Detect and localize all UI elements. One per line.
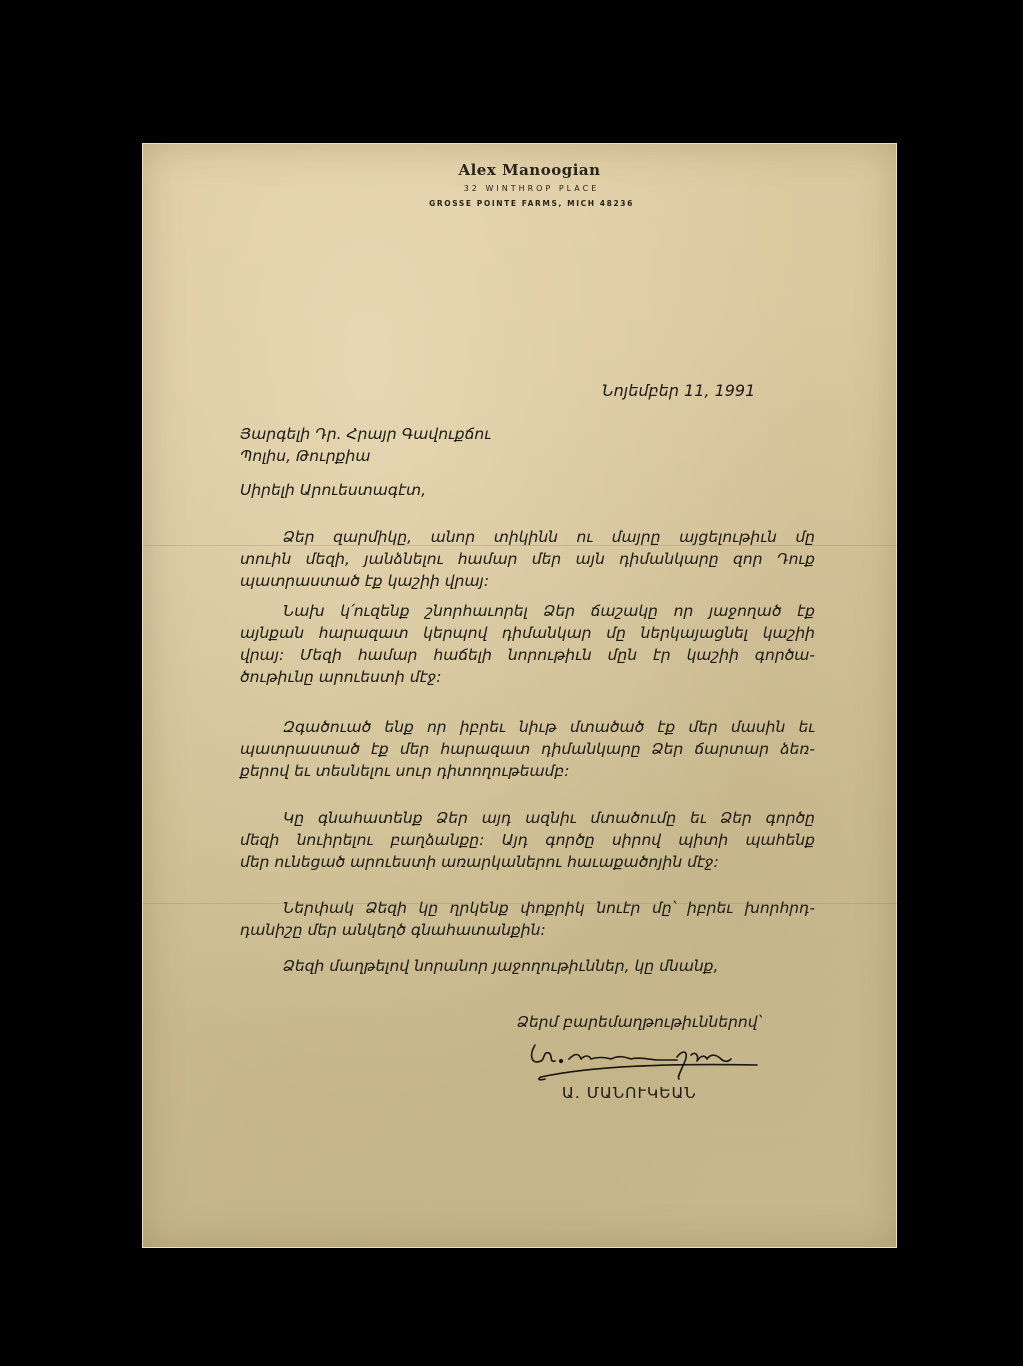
closing-line: Ձեզի մաղթելով նորանոր յաջողութիւններ, կը… [283,955,718,977]
salutation: Սիրելի Արուեստագէտ, [240,479,426,501]
paragraph-line: վրայ: Մեզի համար հաճելի նորութիւն մըն էր… [240,644,815,666]
paragraph-2: Նախ կ՛ուզենք շնորհաւորել Ձեր ճաշակը որ յ… [240,600,815,688]
paragraph-5: Ներփակ Ձեզի կը ղրկենք փոքրիկ նուէր մը՝ ի… [240,897,815,941]
paragraph-line: ծութիւնը արուեստի մէջ: [240,666,815,688]
paragraph-3: Զգածուած ենք որ իբրեւ նիւթ մտածած էք մեր… [240,716,815,782]
paragraph-line: Կը գնահատենք Ձեր այդ ազնիւ մտածումը եւ Ձ… [240,807,815,829]
paragraph-line: Զգածուած ենք որ իբրեւ նիւթ մտածած էք մեր… [240,716,815,738]
paragraph-line: պատրաստած էք մեր հարազատ դիմանկարը Ձեր ճ… [240,738,815,760]
paragraph-line: Ներփակ Ձեզի կը ղրկենք փոքրիկ նուէր մը՝ ի… [240,897,815,919]
paragraph-line: այնքան հարազատ կերպով դիմանկար մը ներկայ… [240,622,815,644]
paragraph-line: պատրաստած էք կաշիի վրայ: [240,570,815,592]
paragraph-line: տուին մեզի, յանձնելու համար մեր այն դիմա… [240,548,815,570]
letterhead-name: Alex Manoogian [162,161,897,179]
paragraph-line: Նախ կ՛ուզենք շնորհաւորել Ձեր ճաշակը որ յ… [240,600,815,622]
recipient-address: Յարգելի Դր. Հրայր Գավուքճու Պոլիս, Թուրք… [240,423,491,467]
paragraph-line: դանիշը մեր անկեղծ գնահատանքին: [240,919,815,941]
letter-paper: Alex Manoogian 32 WINTHROP PLACE GROSSE … [142,143,897,1248]
signer-name: Ա. ՄԱՆՈՒԿԵԱՆ [562,1082,697,1104]
paragraph-4: Կը գնահատենք Ձեր այդ ազնիւ մտածումը եւ Ձ… [240,807,815,873]
signature-icon [527,1033,787,1088]
letter-date: Նոյեմբեր 11, 1991 [602,380,755,402]
paragraph-line: Ձեր զարմիկը, անոր տիկինն ու մայրը այցելո… [240,526,815,548]
paragraph-line: մեզի նուիրելու բաղձանքը: Այդ գործը սիրով… [240,829,815,851]
paragraph-1: Ձեր զարմիկը, անոր տիկինն ու մայրը այցելո… [240,526,815,592]
letterhead-city: GROSSE POINTE FARMS, MICH 48236 [166,199,897,208]
recipient-line-2: Պոլիս, Թուրքիա [240,445,491,467]
letterhead: Alex Manoogian 32 WINTHROP PLACE GROSSE … [142,161,897,208]
letterhead-street: 32 WINTHROP PLACE [166,184,897,193]
paragraph-line: մեր ունեցած արուեստի առարկաներու հաւաքած… [240,851,815,873]
valediction: Ձերմ բարեմաղթութիւններով՝ [517,1011,761,1033]
paragraph-line: քերով եւ տեսնելու սուր դիտողութեամբ: [240,760,815,782]
recipient-line-1: Յարգելի Դր. Հրայր Գավուքճու [240,423,491,445]
